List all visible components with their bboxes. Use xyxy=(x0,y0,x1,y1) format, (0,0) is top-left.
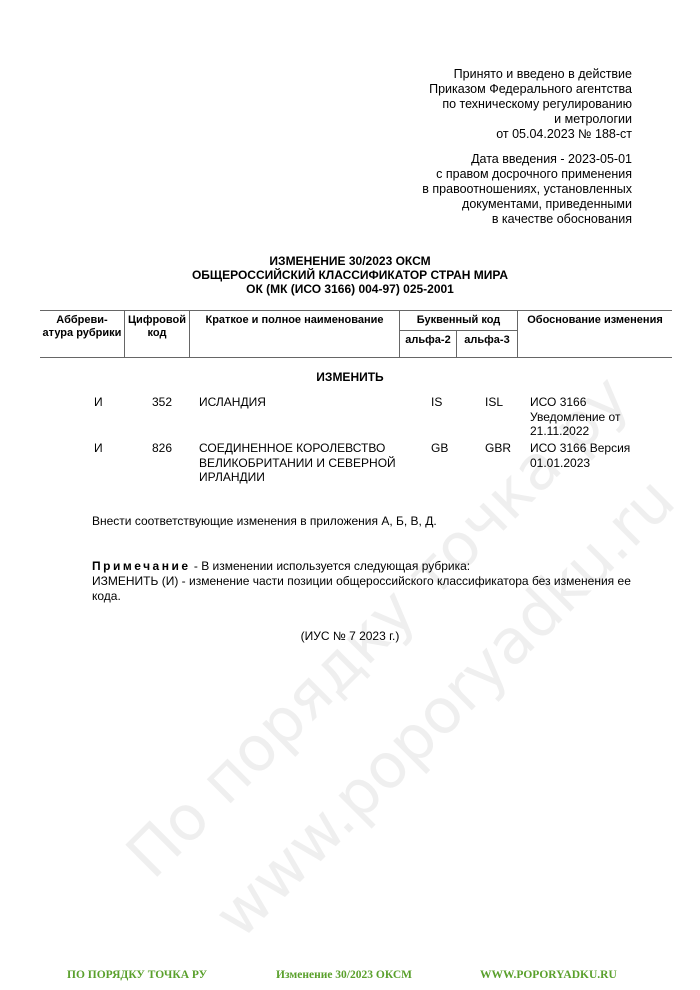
cell-reason: ИСО 3166 Уведомление от 21.11.2022 xyxy=(530,395,625,439)
cell-abbr: И xyxy=(94,395,103,410)
ius-reference: (ИУС № 7 2023 г.) xyxy=(0,629,700,643)
header-code: Цифровой код xyxy=(125,311,190,358)
title-line: ОБЩЕРОССИЙСКИЙ КЛАССИФИКАТОР СТРАН МИРА xyxy=(0,268,700,282)
approval-line: от 05.04.2023 № 188-ст xyxy=(429,127,632,142)
note-label: Примечание xyxy=(92,559,191,573)
footer-left: ПО ПОРЯДКУ ТОЧКА РУ xyxy=(67,969,207,981)
table-header: Аббреви- атура рубрики Цифровой код Крат… xyxy=(40,310,672,358)
note-block: Примечание - В изменении используется сл… xyxy=(92,559,632,604)
cell-alpha2: IS xyxy=(431,395,442,410)
header-alpha2: альфа-2 xyxy=(400,331,457,358)
intro-line: в правоотношениях, установленных xyxy=(422,182,632,197)
cell-alpha2: GB xyxy=(431,441,448,456)
cell-abbr: И xyxy=(94,441,103,456)
note-text: - В изменении используется следующая руб… xyxy=(191,559,471,573)
title-line: ИЗМЕНЕНИЕ 30/2023 ОКСМ xyxy=(0,254,700,268)
document-title: ИЗМЕНЕНИЕ 30/2023 ОКСМ ОБЩЕРОССИЙСКИЙ КЛ… xyxy=(0,254,700,296)
cell-reason: ИСО 3166 Версия 01.01.2023 xyxy=(530,441,640,470)
footer-center: Изменение 30/2023 ОКСМ xyxy=(276,969,412,981)
intro-date-block: Дата введения - 2023-05-01 с правом доср… xyxy=(422,152,632,227)
cell-alpha3: ISL xyxy=(485,395,503,410)
intro-line: Дата введения - 2023-05-01 xyxy=(422,152,632,167)
watermark-url: www.poporyadku.ru xyxy=(200,463,689,952)
header-alpha3: альфа-3 xyxy=(457,331,518,358)
appendix-note: Внести соответствующие изменения в прило… xyxy=(92,514,632,529)
title-line: ОК (МК (ИСО 3166) 004-97) 025-2001 xyxy=(0,282,700,296)
footer-right: WWW.POPORYADKU.RU xyxy=(480,969,617,981)
section-label: ИЗМЕНИТЬ xyxy=(0,370,700,384)
intro-line: документами, приведенными xyxy=(422,197,632,212)
note-definition: ИЗМЕНИТЬ (И) - изменение части позиции о… xyxy=(92,574,632,604)
approval-block: Принято и введено в действие Приказом Фе… xyxy=(429,67,632,142)
intro-line: в качестве обоснования xyxy=(422,212,632,227)
header-abbr: Аббреви- атура рубрики xyxy=(40,311,125,358)
approval-line: Принято и введено в действие xyxy=(429,67,632,82)
intro-line: с правом досрочного применения xyxy=(422,167,632,182)
cell-code: 826 xyxy=(152,441,172,456)
approval-line: и метрологии xyxy=(429,112,632,127)
approval-line: Приказом Федерального агентства xyxy=(429,82,632,97)
header-letter-code: Буквенный код xyxy=(400,311,518,331)
cell-code: 352 xyxy=(152,395,172,410)
approval-line: по техническому регулированию xyxy=(429,97,632,112)
header-reason: Обоснование изменения xyxy=(518,311,673,358)
cell-alpha3: GBR xyxy=(485,441,511,456)
header-name: Краткое и полное наименование xyxy=(190,311,400,358)
cell-name: ИСЛАНДИЯ xyxy=(199,395,414,410)
cell-name: СОЕДИНЕННОЕ КОРОЛЕВСТВО ВЕЛИКОБРИТАНИИ И… xyxy=(199,441,399,485)
